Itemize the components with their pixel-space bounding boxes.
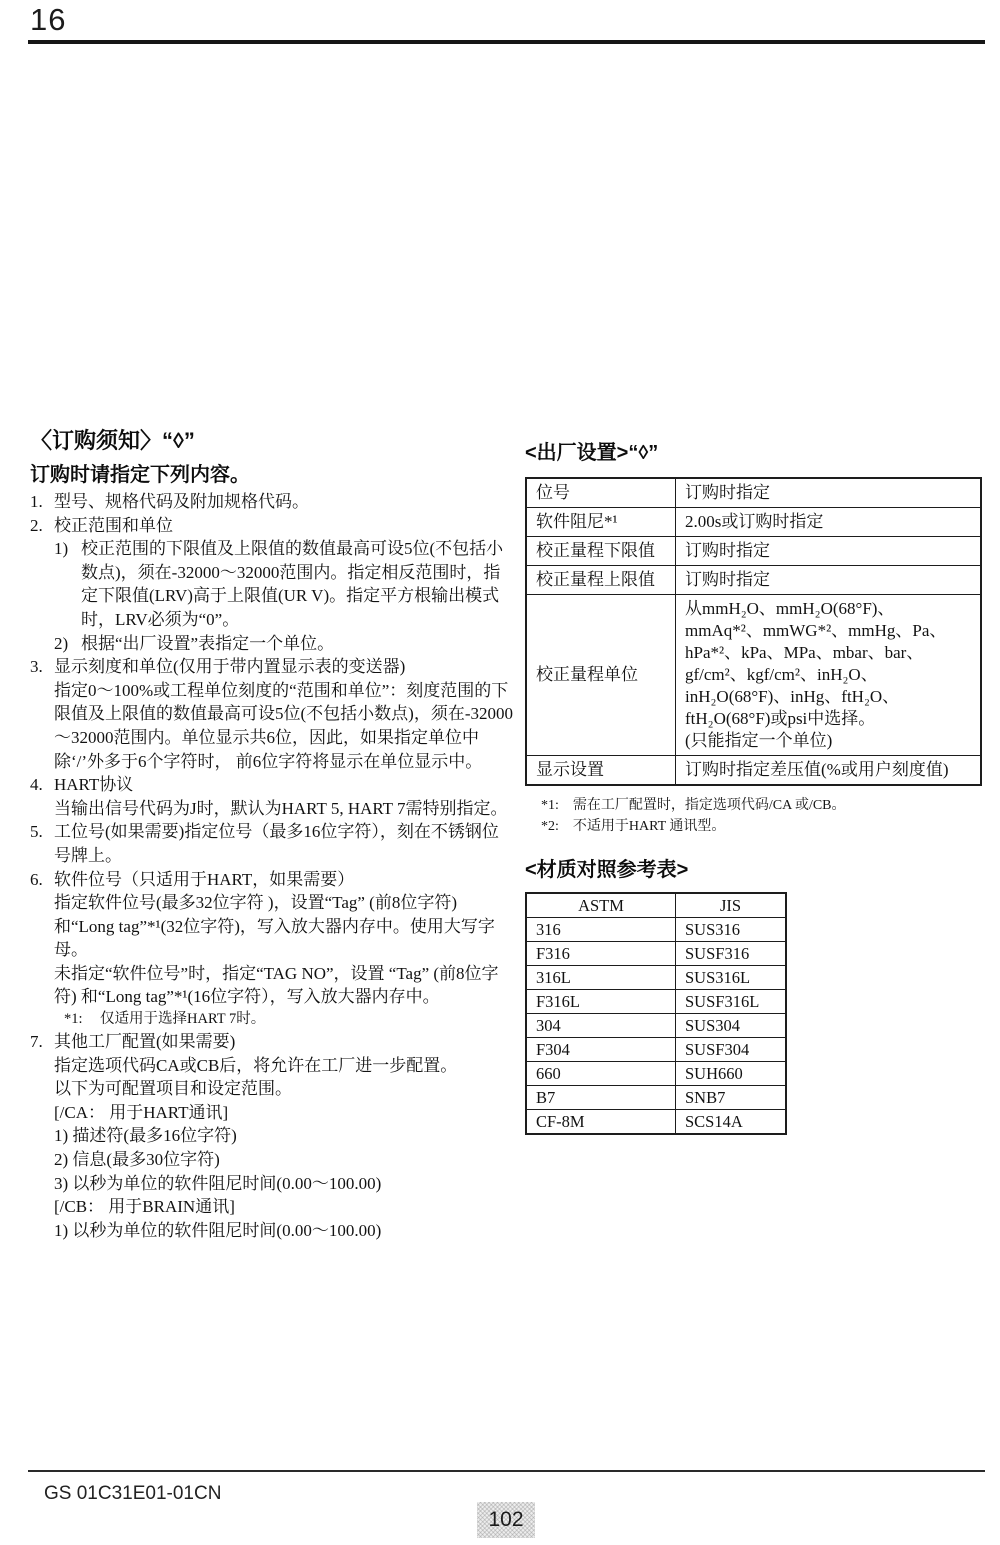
list-text: 其他工厂配置(如果需要) bbox=[54, 1032, 235, 1051]
cell-item: 校正量程上限值 bbox=[526, 566, 676, 595]
list-marker: 2. bbox=[30, 514, 54, 538]
cell-value: 订购时指定 bbox=[676, 478, 982, 508]
top-rule bbox=[28, 40, 985, 44]
list-item: 4.HART协议 bbox=[30, 773, 514, 797]
list-continuation: 3) 以秒为单位的软件阻尼时间(0.00～100.00) bbox=[54, 1172, 514, 1196]
unit-list: 从mmH₂O、mmH₂O(68°F)、mmAq*²、mmWG*²、mmHg、Pa… bbox=[685, 598, 971, 730]
cell-item: 位号 bbox=[526, 478, 676, 508]
list-marker: 7. bbox=[30, 1030, 54, 1054]
cell-value: 2.00s或订购时指定 bbox=[676, 508, 982, 537]
list-text: 根据“出厂设置”表指定一个单位。 bbox=[81, 634, 334, 653]
table-row: 显示设置 订购时指定差压值(%或用户刻度值) bbox=[526, 756, 981, 786]
list-marker: 6. bbox=[30, 868, 54, 892]
cell-item: 校正量程单位 bbox=[526, 595, 676, 756]
list-subitem: 2)根据“出厂设置”表指定一个单位。 bbox=[54, 632, 514, 656]
table-footnotes: *1: 需在工厂配置时，指定选项代码/CA 或/CB。 *2: 不适用于HART… bbox=[541, 796, 987, 837]
table-row: 660SUH660 bbox=[526, 1062, 786, 1086]
cell-jis: SUSF316L bbox=[676, 990, 787, 1014]
cell-item: 校正量程下限值 bbox=[526, 537, 676, 566]
list-subitem: 1)校正范围的下限值及上限值的数值最高可设5位(不包括小数点)，须在-32000… bbox=[54, 537, 514, 631]
list-continuation: 当输出信号代码为J时，默认为HART 5, HART 7需特别指定。 bbox=[54, 797, 514, 821]
table-row: CF-8MSCS14A bbox=[526, 1110, 786, 1135]
list-text: 显示刻度和单位(仅用于带内置显示表的变送器) bbox=[54, 657, 405, 676]
footnote-text: 仅适用于选择HART 7时。 bbox=[100, 1011, 265, 1027]
list-text: 工位号(如果需要)指定位号（最多16位字符），刻在不锈钢位号牌上。 bbox=[54, 822, 499, 865]
cell-astm: 316 bbox=[526, 918, 676, 942]
cell-item: 软件阻尼*¹ bbox=[526, 508, 676, 537]
factory-settings-section: <出厂设置>“◊” 位号 订购时指定 软件阻尼*¹ 2.00s或订购时指定 校正… bbox=[525, 436, 987, 1135]
footnote: *2: 不适用于HART 通讯型。 bbox=[541, 817, 987, 838]
cell-jis: SCS14A bbox=[676, 1110, 787, 1135]
cell-value: 订购时指定 bbox=[676, 566, 982, 595]
footer-rule bbox=[28, 1470, 985, 1472]
cell-astm: F316L bbox=[526, 990, 676, 1014]
factory-settings-heading: <出厂设置>“◊” bbox=[525, 436, 987, 465]
table-row: 316SUS316 bbox=[526, 918, 786, 942]
list-marker: 1. bbox=[30, 490, 54, 514]
list-continuation: 指定0～100%或工程单位刻度的“范围和单位”：刻度范围的下限值及上限值的数值最… bbox=[54, 679, 514, 773]
list-item: 3.显示刻度和单位(仅用于带内置显示表的变送器) bbox=[30, 655, 514, 679]
table-row: 软件阻尼*¹ 2.00s或订购时指定 bbox=[526, 508, 981, 537]
material-table-heading: <材质对照参考表> bbox=[525, 853, 987, 882]
table-row: F316SUSF316 bbox=[526, 942, 786, 966]
table-row: F304SUSF304 bbox=[526, 1038, 786, 1062]
cell-astm: B7 bbox=[526, 1086, 676, 1110]
list-marker: 2) bbox=[54, 632, 81, 656]
list-text: 校正范围的下限值及上限值的数值最高可设5位(不包括小数点)，须在-32000～3… bbox=[81, 539, 503, 629]
page-corner-number: 16 bbox=[30, 2, 66, 38]
footnote-marker: *1: bbox=[64, 1009, 100, 1030]
list-continuation: 1) 描述符(最多16位字符) bbox=[54, 1124, 514, 1148]
list-item: 2.校正范围和单位 bbox=[30, 514, 514, 538]
cell-value: 订购时指定差压值(%或用户刻度值) bbox=[676, 756, 982, 786]
cell-astm: 304 bbox=[526, 1014, 676, 1038]
list-continuation: 2) 信息(最多30位字符) bbox=[54, 1148, 514, 1172]
footnote: *1:仅适用于选择HART 7时。 bbox=[64, 1009, 514, 1030]
unit-note: (只能指定一个单位) bbox=[685, 730, 971, 752]
table-row: 校正量程单位 从mmH₂O、mmH₂O(68°F)、mmAq*²、mmWG*²、… bbox=[526, 595, 981, 756]
cell-value: 从mmH₂O、mmH₂O(68°F)、mmAq*²、mmWG*²、mmHg、Pa… bbox=[676, 595, 982, 756]
cell-jis: SNB7 bbox=[676, 1086, 787, 1110]
cell-value: 订购时指定 bbox=[676, 537, 982, 566]
list-continuation: 未指定“软件位号”时，指定“TAG NO”，设置 “Tag” (前8位字符) 和… bbox=[54, 962, 514, 1009]
list-marker: 5. bbox=[30, 820, 54, 844]
document-code: GS 01C31E01-01CN bbox=[44, 1483, 221, 1505]
list-continuation: [/CA： 用于HART通讯] bbox=[54, 1101, 514, 1125]
list-marker: 3. bbox=[30, 655, 54, 679]
list-text: HART协议 bbox=[54, 775, 133, 794]
factory-settings-table: 位号 订购时指定 软件阻尼*¹ 2.00s或订购时指定 校正量程下限值 订购时指… bbox=[525, 477, 982, 786]
page-number-badge: 102 bbox=[477, 1502, 535, 1538]
cell-item: 显示设置 bbox=[526, 756, 676, 786]
table-row: 316LSUS316L bbox=[526, 966, 786, 990]
table-row: 304SUS304 bbox=[526, 1014, 786, 1038]
cell-jis: SUSF304 bbox=[676, 1038, 787, 1062]
ordering-section: 〈订购须知〉“◊” 订购时请指定下列内容。 1.型号、规格代码及附加规格代码。 … bbox=[30, 424, 514, 1242]
table-row: F316LSUSF316L bbox=[526, 990, 786, 1014]
list-item: 6.软件位号（只适用于HART，如果需要） bbox=[30, 868, 514, 892]
footnote: *1: 需在工厂配置时，指定选项代码/CA 或/CB。 bbox=[541, 796, 987, 817]
material-table: ASTM JIS 316SUS316 F316SUSF316 316LSUS31… bbox=[525, 892, 787, 1135]
table-row: B7SNB7 bbox=[526, 1086, 786, 1110]
cell-astm: 316L bbox=[526, 966, 676, 990]
cell-jis: SUS316 bbox=[676, 918, 787, 942]
list-text: 软件位号（只适用于HART，如果需要） bbox=[54, 870, 354, 889]
list-text: 校正范围和单位 bbox=[54, 516, 173, 535]
cell-astm: 660 bbox=[526, 1062, 676, 1086]
column-header: JIS bbox=[676, 893, 787, 918]
ordering-heading: 〈订购须知〉“◊” bbox=[30, 424, 514, 455]
table-row: 位号 订购时指定 bbox=[526, 478, 981, 508]
list-continuation: [/CB： 用于BRAIN通讯] bbox=[54, 1195, 514, 1219]
column-header: ASTM bbox=[526, 893, 676, 918]
list-text: 型号、规格代码及附加规格代码。 bbox=[54, 492, 309, 511]
cell-jis: SUSF316 bbox=[676, 942, 787, 966]
cell-jis: SUS316L bbox=[676, 966, 787, 990]
cell-astm: F316 bbox=[526, 942, 676, 966]
cell-astm: F304 bbox=[526, 1038, 676, 1062]
list-item: 7.其他工厂配置(如果需要) bbox=[30, 1030, 514, 1054]
list-marker: 1) bbox=[54, 537, 81, 561]
cell-jis: SUS304 bbox=[676, 1014, 787, 1038]
list-continuation: 以下为可配置项目和设定范围。 bbox=[54, 1077, 514, 1101]
list-item: 5.工位号(如果需要)指定位号（最多16位字符），刻在不锈钢位号牌上。 bbox=[30, 820, 514, 867]
list-continuation: 1) 以秒为单位的软件阻尼时间(0.00～100.00) bbox=[54, 1219, 514, 1243]
list-marker: 4. bbox=[30, 773, 54, 797]
cell-astm: CF-8M bbox=[526, 1110, 676, 1135]
list-continuation: 指定软件位号(最多32位字符 )，设置“Tag” (前8位字符)和“Long t… bbox=[54, 891, 514, 962]
list-item: 1.型号、规格代码及附加规格代码。 bbox=[30, 490, 514, 514]
cell-jis: SUH660 bbox=[676, 1062, 787, 1086]
table-header-row: ASTM JIS bbox=[526, 893, 786, 918]
table-row: 校正量程上限值 订购时指定 bbox=[526, 566, 981, 595]
list-continuation: 指定选项代码CA或CB后，将允许在工厂进一步配置。 bbox=[54, 1054, 514, 1078]
table-row: 校正量程下限值 订购时指定 bbox=[526, 537, 981, 566]
ordering-subheading: 订购时请指定下列内容。 bbox=[30, 458, 514, 487]
